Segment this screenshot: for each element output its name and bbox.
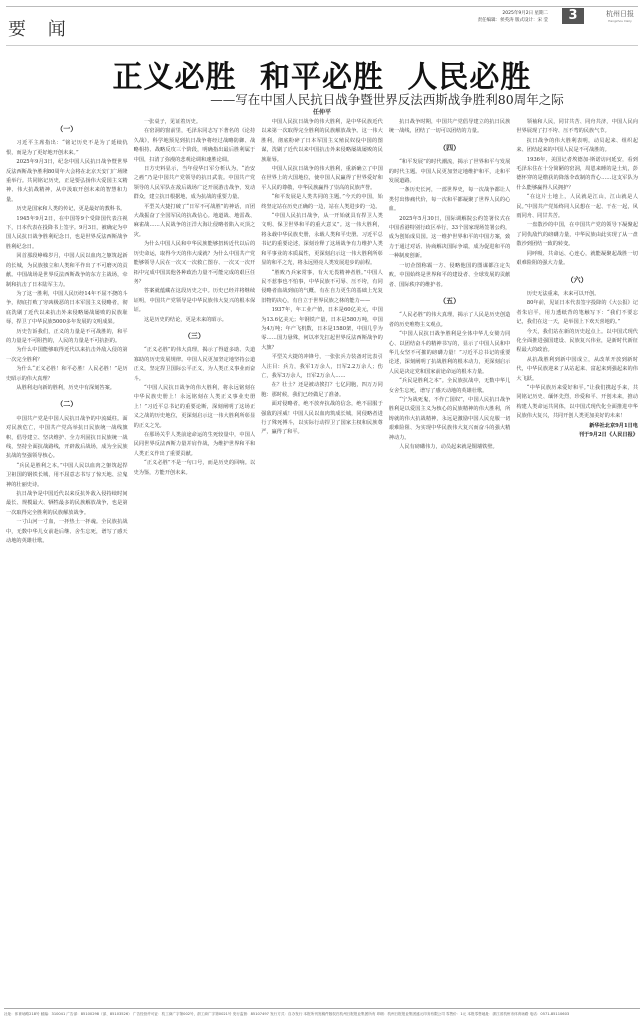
article-column: （一）习近平主席指出：“铭记历史不是为了延续仇恨，而是为了更好地开创未来。”20… [6,118,128,1003]
footer-imprint: 社址：体育场路218号 邮编：310041 广告部：85100298（部、851… [4,1008,640,1017]
page-number: 3 [562,8,584,24]
author-byline: 任仲平 [0,107,644,116]
paragraph: 历史是国家和人类的传记，更是最好的教科书。 [6,205,128,214]
paragraph: “兵民是胜利之本。”中国人民以血肉之躯筑起捍卫祖国的钢铁长城，用不屈意志书写了惊… [6,462,128,490]
paragraph: 人民有磅礴伟力，动员起来就是铜墙铁壁。 [389,443,511,452]
section-heading: （三） [134,331,256,340]
paragraph: 历史告诉我们，正义的力量是不可战胜的，和平的力量是不可阻挡的，人民的力量是不可抗… [6,328,128,347]
paragraph: 面对侵略者，绝不放弃抗战的信念，绝不屈服于强敌的淫威！中国人民以血肉筑成长城，同… [261,400,383,438]
article-column: 一张桌子，见证着历史。在窑洞的窗前里，毛泽东同志写下著名的《论持久战》，科学地预… [134,118,256,1003]
editor-credits: 责任编辑：侯英涛 版式设计：宋 莹 [478,17,548,24]
article-column: 中国人民抗日战争的伟大胜利，是中华民族近代以来第一次取得完全胜利的民族解放战争。… [261,118,383,1003]
paragraph: 为什么“正义必胜！和平必胜！人民必胜！”是历史昭示的伟大真理？ [6,365,128,384]
paper-name-en: Hangzhou Daily [606,19,634,23]
paragraph: “中国人民抗日战争胜利是全体中华儿女勠力同心、以团结奋斗的精神书写的，显示了中国… [389,330,511,377]
paragraph: 中国人民抗日战争的伟大胜利，重新确立了中国在世界上的大国地位，使中国人民赢得了世… [261,165,383,193]
paragraph: 一切企图称霸一方、侵略他国的图谋都注定失败。中国始终是世界和平的建设者、全球发展… [389,262,511,290]
section-heading: （二） [6,399,128,408]
section-heading: （一） [6,124,128,133]
paragraph: “和平发展是人类共同的主题。”今天的中国，始终坚定站在历史正确的一边，站在人类进… [261,193,383,212]
paragraph: “中华民族历来爱好和平。”让我们携起手来，共同铭记历史、缅怀先烈，珍爱和平、开创… [516,384,638,422]
section-heading: （四） [389,143,511,152]
paragraph: 一寸山河一寸血，一抔热土一抔魂。全民族抗战中，无数中华儿女前赴后继、舍生忘死，谱… [6,518,128,546]
paragraph: 在那场关乎人类前途命运的生死较量中，中国人民同世界反法西斯力量并肩作战，为维护世… [134,431,256,459]
article-body: （一）习近平主席指出：“铭记历史不是为了延续仇恨，而是为了更好地开创未来。”20… [6,118,638,1003]
paragraph: 抗日战争时期，中国共产党倡导建立的抗日民族统一战线，团结了一切可以团结的力量。 [389,118,511,137]
issue-meta: 2025年9月2日 星期二 责任编辑：侯英涛 版式设计：宋 莹 [478,10,548,24]
paragraph: 平型关大捷打破了“日军不可战胜”的神话，百团大战振奋了全国军民的抗战信心。地道战… [134,203,256,241]
paragraph: “人民必胜”的伟大真理，揭示了人民是历史创造者的历史唯物主义观点。 [389,311,511,330]
paragraph: 从抗战胜利到新中国成立，从改革开放到新时代，中华民族迎来了从站起来、富起来到强起… [516,356,638,384]
paragraph: “宁为战死鬼，不作亡国奴”，中国人民抗日战争胜利是以爱国主义为核心的民族精神的伟… [389,396,511,443]
paragraph: 2025年9月3日，纪念中国人民抗日战争暨世界反法西斯战争胜利80周年大会将在北… [6,158,128,205]
paragraph: 为什么中国能够取得近代以来抗击外敌入侵的第一次完全胜利？ [6,346,128,365]
paragraph: 日方史料显示，当年侵华日军分析认为，“治安之癌”乃是中国共产党领导的抗日武装。中… [134,165,256,203]
section-heading: （六） [516,275,638,284]
paragraph: 答案就蕴藏在这段历史之中。历史已经并将继续证明，中国共产党领导是中华民族伟大复兴… [134,287,256,315]
issue-date: 2025年9月2日 星期二 [478,10,548,17]
section-name: 要 闻 [8,15,74,41]
article-column: 抗日战争时期，中国共产党倡导建立的抗日民族统一战线，团结了一切可以团结的力量。（… [389,118,511,1003]
paragraph: “在这片土地上，人民就是江山，江山就是人民。”中国共产党始终同人民想在一起、干在… [516,193,638,221]
paragraph: 抗日战争的伟大胜利表明，动员起来、组织起来、团结起来的中国人民是不可战胜的。 [516,137,638,156]
paragraph: 为什么中国人民和中华民族能够扭转近代以后的历史命运，取得今天的伟大成就？为什么中… [134,240,256,287]
paragraph: “和平发展”的时代潮流，揭示了世界和平与发展的时代主题。中国人民更加坚定地维护和… [389,158,511,186]
paragraph: 在？壮士？还是被动挨打？七亿同胞，四万万同胞：那时候，我们已经做足了准备。 [261,381,383,400]
paragraph: 1936年，美国记者埃德加·斯诺访问延安，看到毛泽东住在十分简陋的窑洞，周恩来睡… [516,156,638,194]
paragraph: 80年前，见证日本代表签字投降的《大公报》记者朱启平，用力透纸背的笔触写下：“我… [516,299,638,327]
dateline: 刊于9月2日《人民日报》 [516,431,638,440]
dateline: 新华社北京9月1日电 [516,422,638,431]
paragraph: 在窑洞的窗前里，毛泽东同志写下著名的《论持久战》，科学地预见到抗日战争将经过战略… [134,127,256,165]
paragraph: 领袖和人民，同甘共苦、同舟共济，中国人民向世界展现了打不垮、压不弯的民族气节。 [516,118,638,137]
paragraph: 同呼吸、共命运、心连心，就能凝聚起战胜一切艰难险阻的强大力量。 [516,250,638,269]
section-heading: （五） [389,296,511,305]
paragraph: 今天，我们站在新的历史起点上。以中国式现代化全面推进强国建设、民族复兴伟业，是新… [516,328,638,356]
paragraph: “胜败乃兵家常事，有大无畏精神者胜。”中国人民不惹事也不怕事，中华民族不可辱、压… [261,269,383,307]
paragraph: 平型关大捷的冲锋号，一张张兵力装备对比表引人注目：兵力，我军1万余人，日军2.2… [261,353,383,381]
paragraph: 习近平主席指出：“铭记历史不是为了延续仇恨，而是为了更好地开创未来。” [6,139,128,158]
paragraph: “中国人民抗日战争，从一开始就具有捍卫人类文明、保卫世界和平的重大意义”。这一伟… [261,212,383,268]
paragraph: 中国共产党是中国人民抗日战争的中流砥柱。面对民族危亡，中国共产党高举抗日民族统一… [6,415,128,462]
paragraph: 历史无法重来，未来可以开创。 [516,290,638,299]
subheadline: ——写在中国人民抗日战争暨世界反法西斯战争胜利80周年之际 [0,90,644,108]
paragraph: 1945年9月2日，在中国等9个受降国代表注视下，日本代表在投降书上签字。9月3… [6,215,128,253]
paragraph: 中国人民抗日战争的伟大胜利，是中华民族近代以来第一次取得完全胜利的民族解放战争。… [261,118,383,165]
paragraph: 一张桌子，见证着历史。 [134,118,256,127]
paragraph: “正义必胜”的伟大真理，揭示了得道多助、失道寡助的历史发展规律。中国人民更加坚定… [134,346,256,384]
paragraph: 抗日战争是中国近代以来反抗外敌入侵持续时间最长、规模最大、牺牲最多的民族解放战争… [6,490,128,518]
paragraph: 一盘散沙的中国，在中国共产党的领导下凝聚起了同仇敌忾的磅礴力量，中华民族由此实现… [516,221,638,249]
paragraph: 一条历史长河，一部世界史，每一次战争都让人类付出惨痛代价，每一次和平都凝聚了世界… [389,186,511,214]
article-column: 领袖和人民，同甘共苦、同舟共济，中国人民向世界展现了打不垮、压不弯的民族气节。抗… [516,118,638,1003]
paragraph: 为了这一胜利，中国人民历经14年不屈不挠的斗争，彻底打败了穷凶极恶的日本军国主义… [6,290,128,328]
paragraph: 这是历史的结论，更是未来的昭示。 [134,316,256,325]
masthead: 要 闻 2025年9月2日 星期二 责任编辑：侯英涛 版式设计：宋 莹 3 杭州… [6,6,638,46]
paragraph: 回首那段峥嵘岁月，中国人民以血肉之躯筑起新的长城，为民族独立和人类和平作出了不可… [6,252,128,290]
paragraph: “正义必胜”不是一句口号，而是历史的回响。以史为鉴，方能开创未来。 [134,459,256,478]
paragraph: 1937年，年工业产值，日本是60亿美元，中国为13.6亿美元；年钢铁产量，日本… [261,306,383,353]
paragraph: 2025年5月30日，国际调解院公约签署仪式在中国香港特别行政区举行，33个国家… [389,215,511,262]
paragraph: “兵民是胜利之本”。全民族抗战中，无数中华儿女舍生忘死，谱写了感天动地的英雄壮歌… [389,377,511,396]
paragraph: “中国人民抗日战争的伟大胜利，将永远铭刻在中华民族史册上！永远铭刻在人类正义事业… [134,384,256,431]
paper-name-cn: 杭州日报 [606,9,634,19]
paper-logo: 杭州日报 Hangzhou Daily [606,9,634,23]
paragraph: 从胜利走向新的胜利，历史中有深刻答案。 [6,384,128,393]
